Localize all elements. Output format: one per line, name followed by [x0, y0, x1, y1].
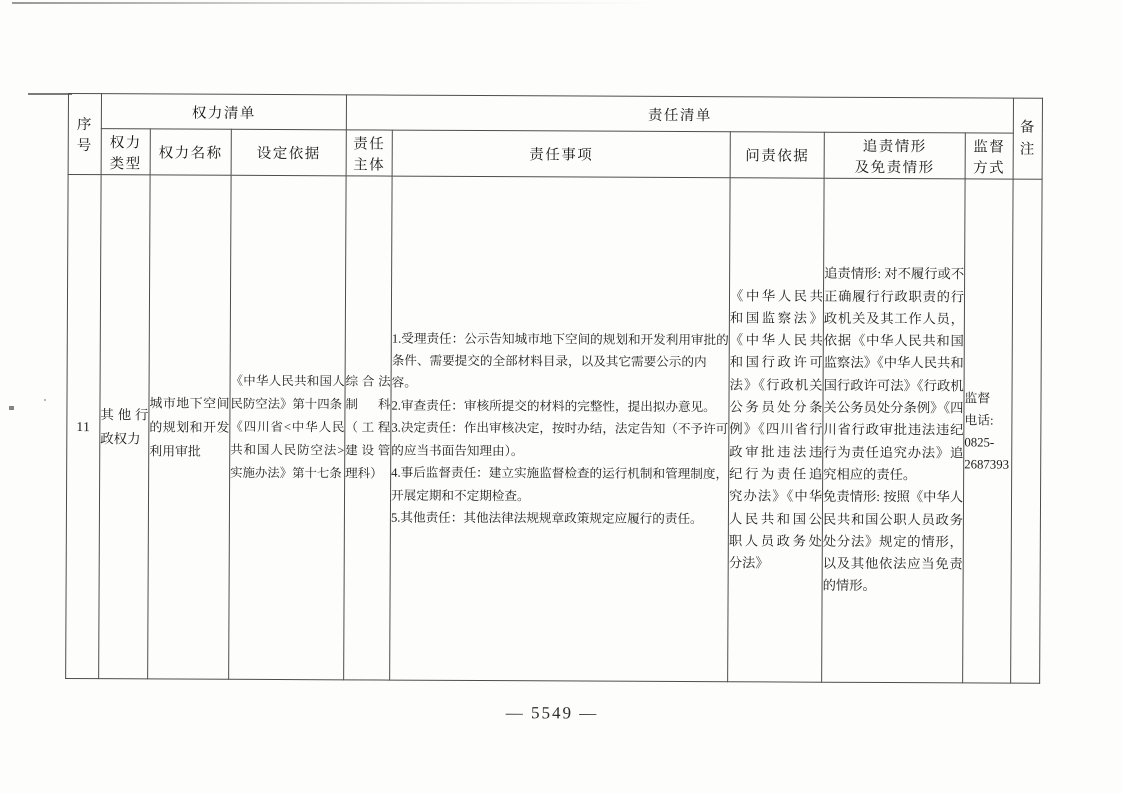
header-power-name: 权力名称 — [150, 129, 231, 175]
scan-artifact-speck — [9, 406, 14, 410]
header-power-type: 权力 类型 — [101, 129, 150, 175]
scan-artifact-rule-overdraw — [28, 93, 72, 95]
cell-responsible-entity: 综合法制科（工程建设管理科） — [344, 176, 392, 680]
cell-accountability-basis: 《中华人民共和国监察法》《中华人民共和国行政许可法》《行政机关公务员处分条例》《… — [728, 178, 824, 682]
header-setting-basis: 设定依据 — [231, 129, 346, 176]
header-group-power-list: 权力清单 — [101, 94, 346, 130]
cell-pursuit-exemption: 追责情形: 对不履行或不正确履行行政职责的行政机关及其工作人员，依据《中华人民共… — [822, 178, 965, 683]
header-remarks: 备 注 — [1013, 98, 1042, 179]
cell-remarks — [1011, 179, 1042, 683]
power-responsibility-table: 序 号 权力清单 责任清单 备 注 权力 类型 权力名称 设定依据 责任 主体 … — [65, 93, 1043, 684]
header-supervision-method: 监督 方式 — [965, 133, 1013, 179]
table-row: 11 其他行政权力 城市地下空间的规划和开发利用审批 《中华人民共和国人民防空法… — [66, 175, 1042, 684]
cell-setting-basis: 《中华人民共和国人民防空法》第十四条 《四川省<中华人民共和国人民防空法>实施办… — [229, 175, 346, 680]
scanned-page: 序 号 权力清单 责任清单 备 注 权力 类型 权力名称 设定依据 责任 主体 … — [0, 0, 1122, 793]
header-group-responsibility-list: 责任清单 — [346, 95, 1013, 133]
cell-power-type: 其他行政权力 — [99, 175, 150, 679]
header-row-groups: 序 号 权力清单 责任清单 备 注 — [68, 94, 1042, 134]
scan-artifact-speck-small — [44, 399, 46, 401]
cell-power-name: 城市地下空间的规划和开发利用审批 — [148, 175, 231, 679]
header-accountability-basis: 问责依据 — [730, 132, 824, 178]
header-pursuit-exemption: 追责情形 及免责情形 — [824, 132, 965, 179]
header-row-columns: 权力 类型 权力名称 设定依据 责任 主体 责任事项 问责依据 追责情形 及免责… — [68, 129, 1042, 180]
page-number: — 5549 — — [65, 701, 1039, 726]
header-responsible-entity: 责任 主体 — [346, 130, 392, 176]
cell-serial-number: 11 — [66, 175, 101, 679]
header-serial-number: 序 号 — [68, 94, 101, 175]
header-responsibility-items: 责任事项 — [392, 130, 730, 178]
document-body: 序 号 权力清单 责任清单 备 注 权力 类型 权力名称 设定依据 责任 主体 … — [65, 93, 1042, 684]
cell-responsibility-items: 1.受理责任：公示告知城市地下空间的规划和开发利用审批的条件、需要提交的全部材料… — [390, 176, 730, 682]
scan-artifact-top-edge — [12, 2, 652, 4]
cell-supervision-method: 监督 电话: 0825- 2687393 — [963, 179, 1013, 683]
